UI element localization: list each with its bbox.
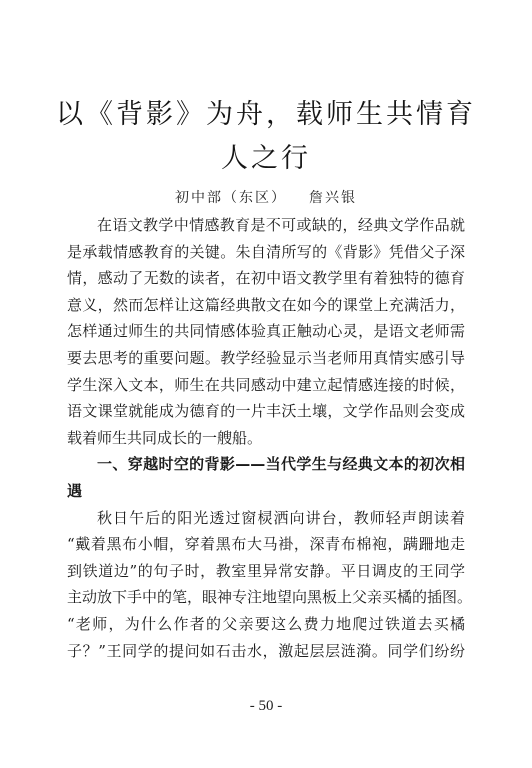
page-number: - 50 -	[0, 698, 532, 715]
article-title-line-2: 人之行	[40, 136, 492, 175]
text-line: 要去思考的重要问题。教学经验显示当老师用真情实感引导	[67, 345, 465, 372]
text-line: 学生深入文本，师生在共同感动中建立起情感连接的时候，	[67, 372, 465, 399]
text-line: “老师，为什么作者的父亲要这么费力地爬过铁道去买橘	[67, 611, 465, 638]
text-line: 是承载情感教育的关键。朱自清所写的《背影》凭借父子深	[67, 239, 465, 266]
article-title-line-1: 以《背影》为舟，载师生共情育	[40, 92, 492, 131]
author-name: 詹兴银	[309, 190, 357, 206]
text-line: 到铁道边”的句子时，教室里异常安静。平日调皮的王同学	[67, 558, 465, 585]
author-line: 初中部（东区）詹兴银	[0, 187, 532, 207]
text-line: 情，感动了无数的读者，在初中语文教学里有着独特的德育	[67, 265, 465, 292]
text-line: 在语文教学中情感教育是不可或缺的，经典文学作品就	[67, 212, 465, 239]
text-line: 怎样通过师生的共同情感体验真正触动心灵，是语文老师需	[67, 318, 465, 345]
text-line: 语文课堂就能成为德育的一片丰沃土壤，文学作品则会变成	[67, 398, 465, 425]
document-page: 以《背影》为舟，载师生共情育 人之行 初中部（东区）詹兴银 在语文教学中情感教育…	[0, 0, 532, 768]
section-paragraph: 秋日午后的阳光透过窗棂洒向讲台，教师轻声朗读着 “戴着黑布小帽，穿着黑布大马褂，…	[67, 505, 465, 665]
text-line: 秋日午后的阳光透过窗棂洒向讲台，教师轻声朗读着	[67, 505, 465, 532]
text-line: 意义，然而怎样让这篇经典散文在如今的课堂上充满活力，	[67, 292, 465, 319]
text-line: 主动放下手中的笔，眼神专注地望向黑板上父亲买橘的插图。	[67, 584, 465, 611]
intro-paragraph: 在语文教学中情感教育是不可或缺的，经典文学作品就 是承载情感教育的关键。朱自清所…	[67, 212, 465, 451]
text-line: 子？”王同学的提问如石击水，激起层层涟漪。同学们纷纷	[67, 638, 465, 665]
section-heading: 一、穿越时空的背影——当代学生与经典文本的初次相 遇	[67, 451, 465, 504]
author-department: 初中部（东区）	[175, 190, 287, 206]
text-line: “戴着黑布小帽，穿着黑布大马褂，深青布棉袍，蹒跚地走	[67, 531, 465, 558]
heading-line: 一、穿越时空的背影——当代学生与经典文本的初次相	[67, 451, 465, 478]
article-body: 在语文教学中情感教育是不可或缺的，经典文学作品就 是承载情感教育的关键。朱自清所…	[67, 212, 465, 664]
text-line: 载着师生共同成长的一艘船。	[67, 425, 465, 452]
heading-line: 遇	[67, 478, 465, 505]
